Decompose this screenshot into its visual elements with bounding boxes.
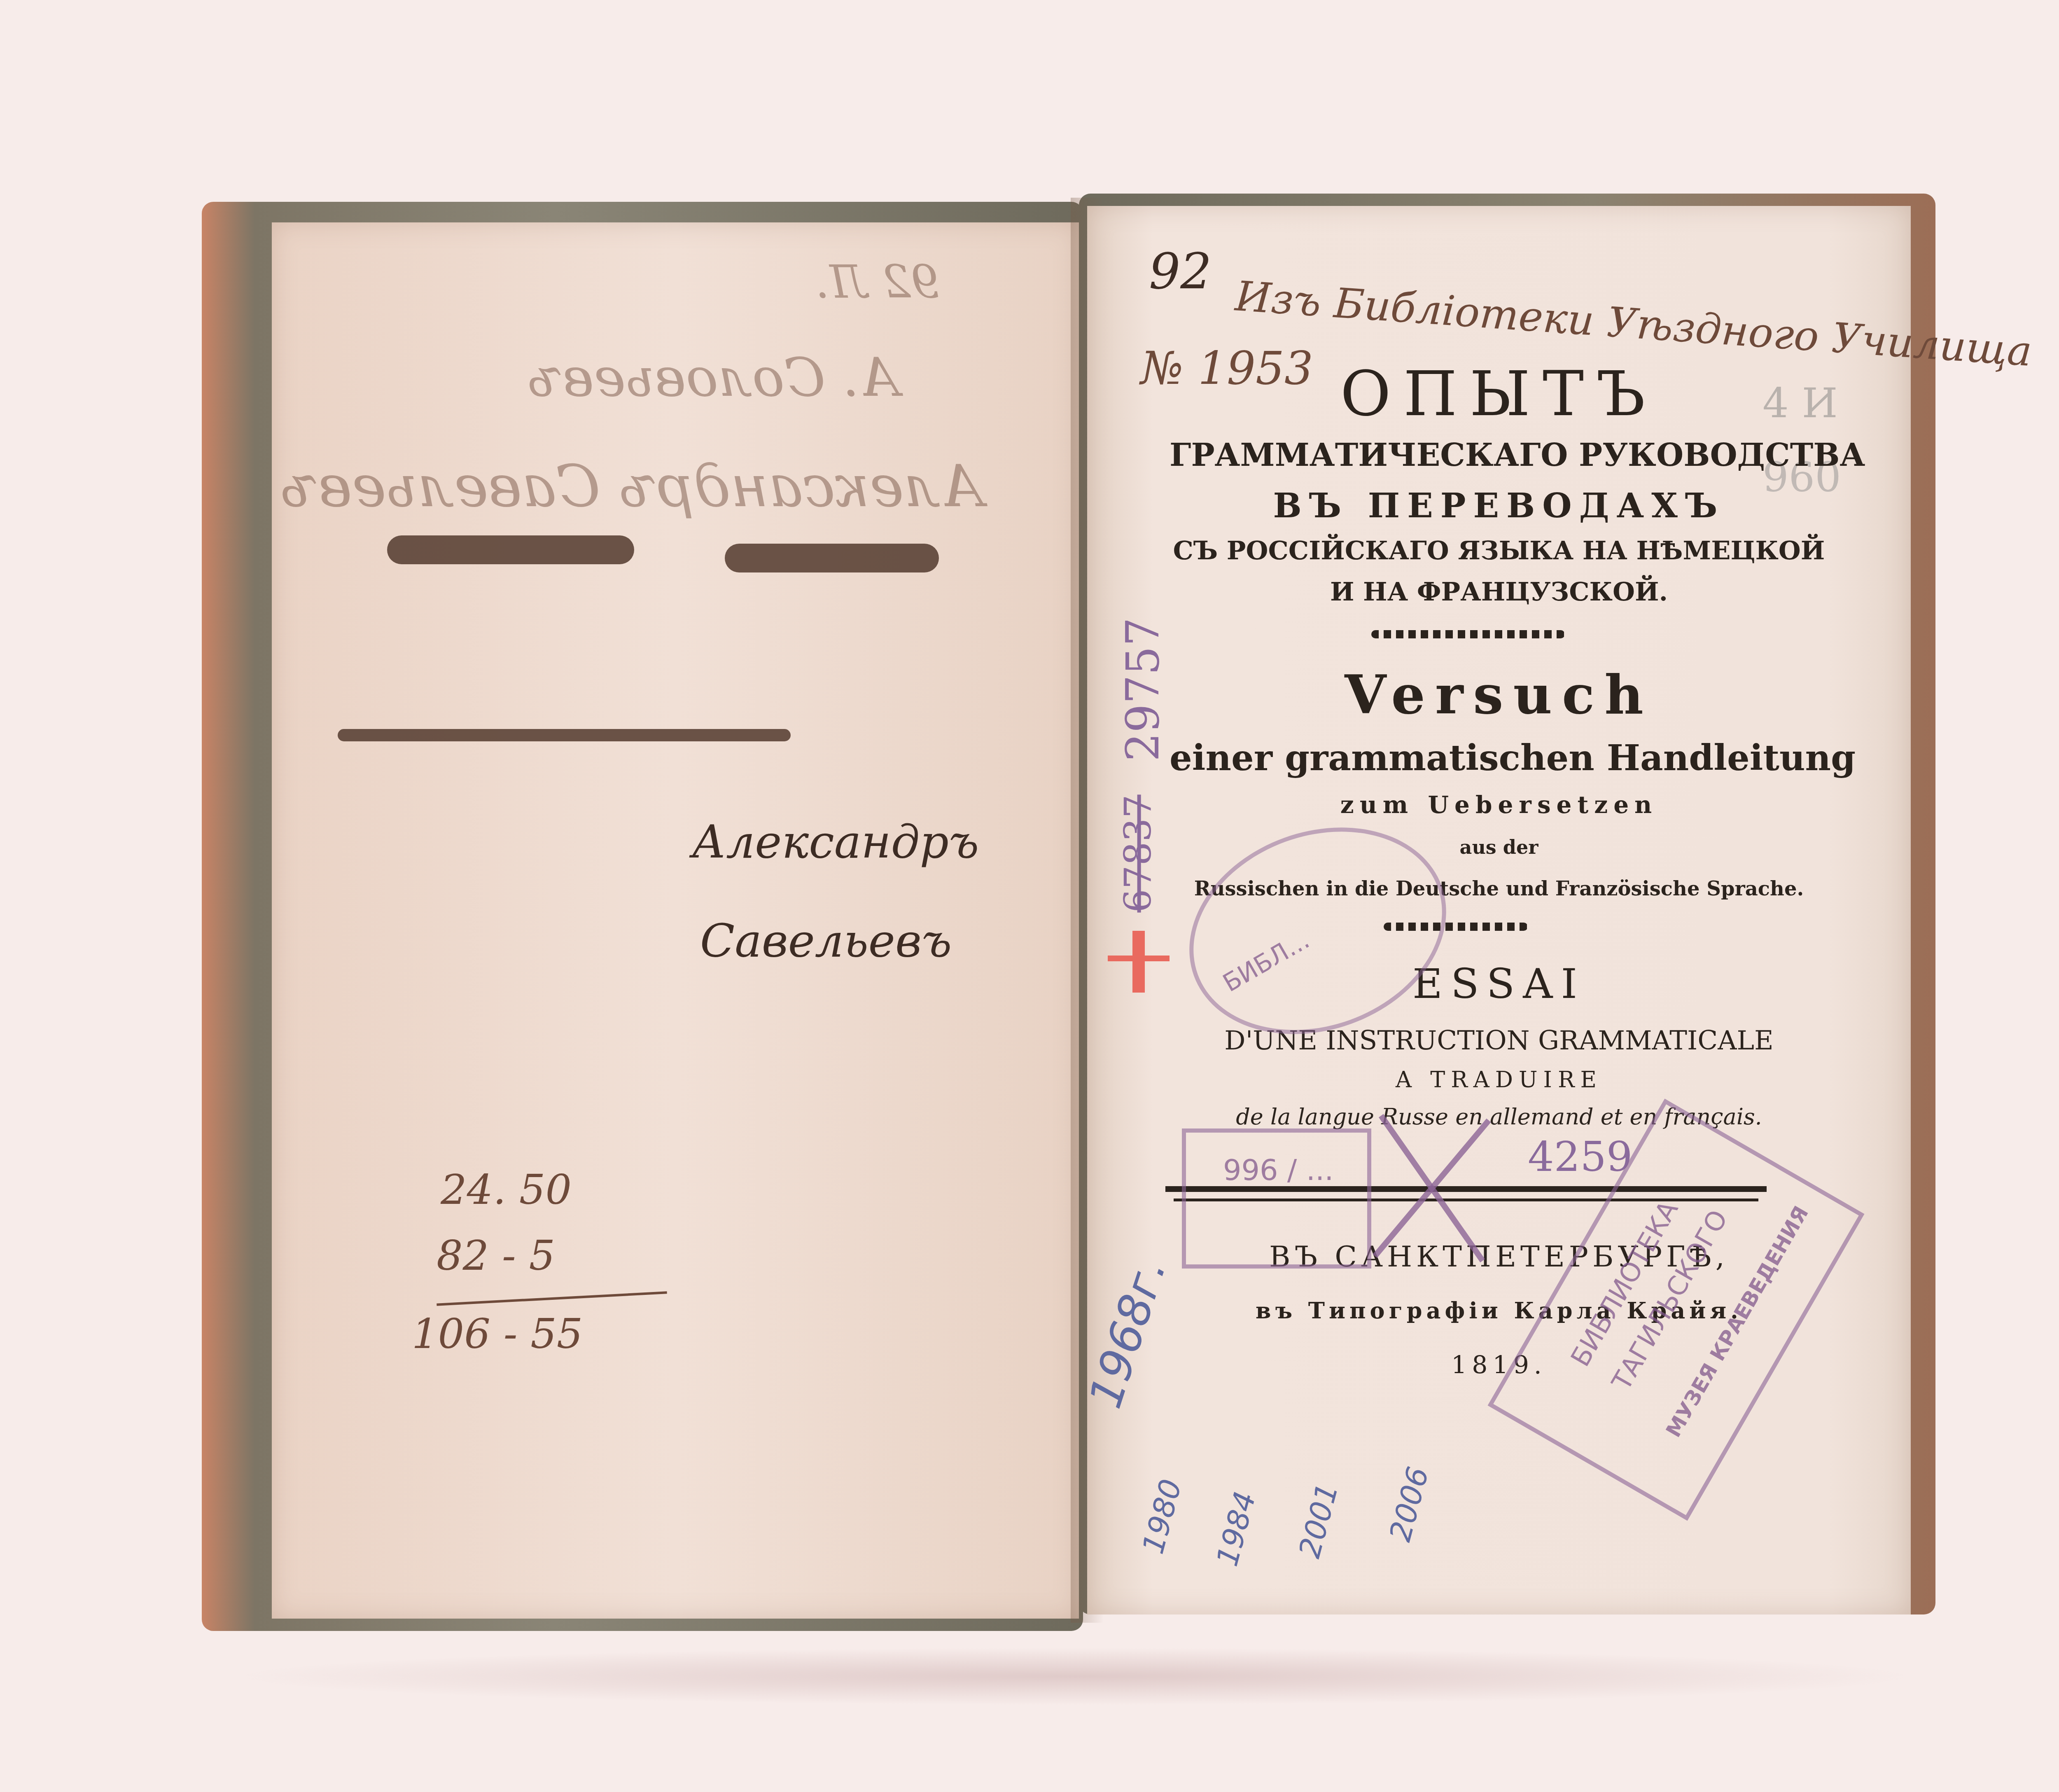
ink-blot	[387, 535, 634, 564]
year-1984: 1984	[1209, 1488, 1263, 1570]
handwritten-first-name: Александръ	[692, 815, 979, 868]
table-shadow	[231, 1647, 1919, 1705]
title-de-main: Versuch	[1170, 663, 1828, 726]
sum-underline	[437, 1291, 667, 1306]
crossed-out-number: 67837	[1116, 794, 1160, 912]
red-cross-mark	[1132, 931, 1145, 993]
vertical-inventory-number: 29757	[1116, 617, 1169, 762]
handwritten-last-name: Савельевъ	[700, 914, 952, 967]
year-2006: 2006	[1382, 1463, 1436, 1545]
mirrored-name-2: Александръ Савельевъ	[280, 453, 984, 520]
title-fr-line3: A TRADUIRE	[1170, 1067, 1828, 1093]
handwritten-number: 92	[1149, 243, 1212, 300]
year-2001: 2001	[1292, 1480, 1345, 1562]
year-1980: 1980	[1135, 1476, 1188, 1558]
small-stamp-text: 996 / ...	[1223, 1153, 1333, 1187]
title-ru-line3: ВЪ ПЕРЕВОДАХЪ	[1170, 486, 1828, 526]
date-1968: 1968г.	[1079, 1252, 1176, 1414]
title-de-line2: einer grammatischen Handleitung	[1170, 737, 1828, 779]
sum-line-2: 82 - 5	[437, 1231, 555, 1280]
title-ru-line4: СЪ РОССІЙСКАГО ЯЗЫКА НА НѢМЕЦКОЙ	[1170, 535, 1828, 565]
mirrored-name-1: А. Соловьевъ	[527, 346, 900, 409]
right-page: 92 Изъ Библіотеки Уѣздного Училища № 195…	[1087, 206, 1911, 1614]
catalog-number: № 1953	[1141, 342, 1313, 395]
sum-total: 106 - 55	[412, 1310, 583, 1358]
violet-number: 4259	[1528, 1133, 1633, 1181]
red-cross-mark	[1108, 956, 1170, 961]
title-de-line3: zum Uebersetzen	[1170, 791, 1828, 819]
faded-line	[338, 729, 791, 741]
ornament-rule	[1371, 630, 1565, 638]
sum-line-1: 24. 50	[441, 1166, 572, 1214]
title-ru-main: ОПЫТЪ	[1334, 358, 1664, 430]
pencil-mark-1: 4 И	[1763, 379, 1838, 427]
small-rect-stamp	[1182, 1128, 1371, 1269]
title-fr-line4: de la langue Russe en allemand et en fra…	[1170, 1104, 1828, 1130]
mirrored-number: 92 Л.	[815, 255, 940, 308]
title-ru-line5: И НА ФРАНЦУЗСКОЙ.	[1170, 577, 1828, 607]
left-page: 92 Л. А. Соловьевъ Александръ Савельевъ …	[272, 222, 1079, 1619]
title-ru-line2: ГРАММАТИЧЕСКАГО РУКОВОДСТВА	[1170, 437, 1828, 473]
ink-blot	[725, 544, 939, 572]
